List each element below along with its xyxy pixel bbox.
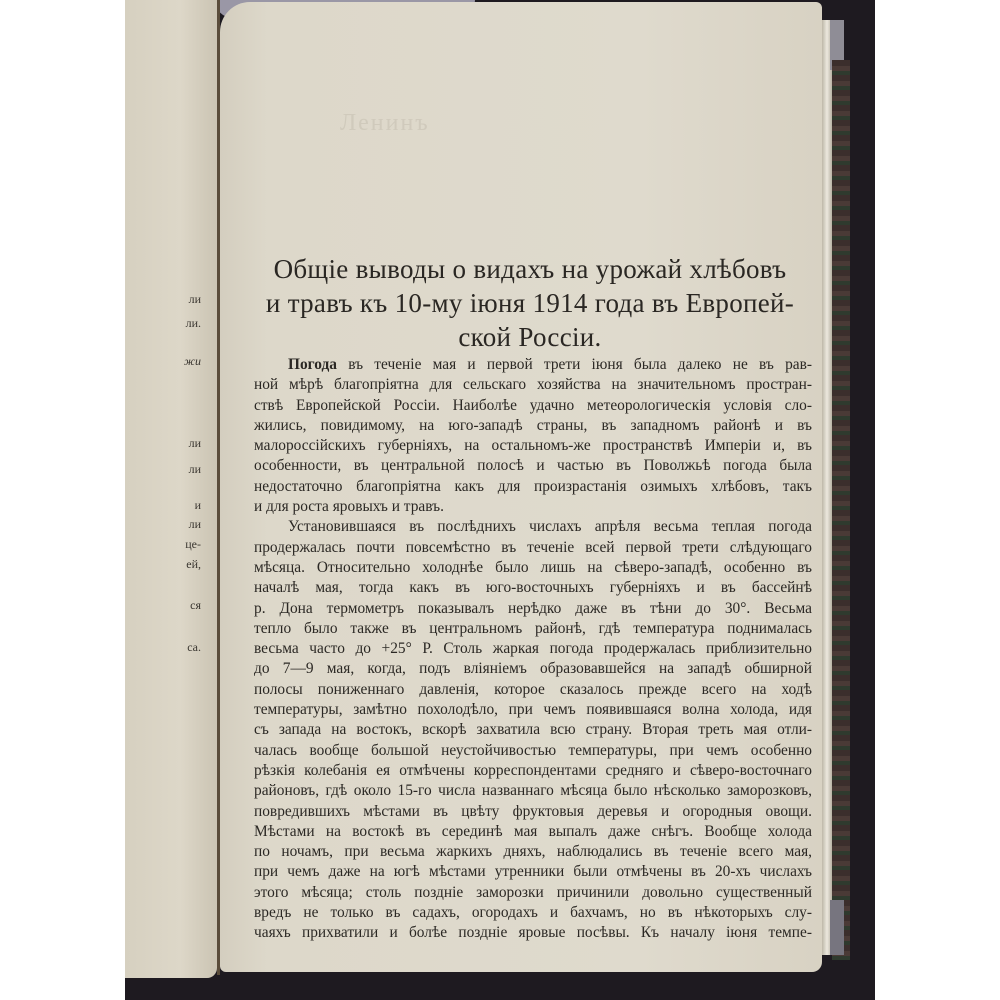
left-page-fragment: ли.	[186, 316, 201, 331]
lead-word: Погода	[288, 356, 337, 373]
left-page-fragment: ли	[189, 292, 201, 307]
title-line: ской Россіи.	[245, 320, 815, 354]
left-page: ли ли. жи ли ли и ли це- ей, ся са.	[125, 0, 217, 978]
text-line: чаяхъ прихватили и болѣе поздніе яровые …	[254, 923, 812, 943]
text-line: тепло было также въ центральномъ районѣ,…	[254, 619, 812, 639]
text-line: Погода въ теченіе мая и первой трети іюн…	[254, 355, 812, 375]
left-page-fragment: це-	[185, 537, 201, 552]
text-line: этого мѣсяца; столь поздніе заморозки пр…	[254, 883, 812, 903]
left-page-fragment: ли	[189, 462, 201, 477]
left-page-fragment: и	[195, 498, 201, 513]
book-spine	[832, 60, 850, 960]
text-line: Мѣстами на востокѣ въ серединѣ мая выпал…	[254, 822, 812, 842]
page-edges	[822, 20, 832, 955]
text-line: началѣ мая, тогда какъ въ юго-восточныхъ…	[254, 578, 812, 598]
left-page-fragment: жи	[184, 354, 201, 369]
paragraph-weather: Погода въ теченіе мая и первой трети іюн…	[254, 355, 812, 517]
faint-library-stamp: Ленинъ	[340, 110, 430, 137]
title-line: Общіе выводы о видахъ на урожай хлѣбовъ	[245, 252, 815, 286]
text-line: жились, повидимому, на юго-западѣ страны…	[254, 416, 812, 436]
paragraph-temperature: Установившаяся въ послѣднихъ числахъ апр…	[254, 517, 812, 943]
text-line: рѣзкія колебанія ея отмѣчены корреспонде…	[254, 761, 812, 781]
text-line: малороссійскихъ губерніяхъ, на остальном…	[254, 436, 812, 456]
body-text: Погода въ теченіе мая и первой трети іюн…	[254, 355, 812, 944]
spine-cap-bottom	[830, 900, 844, 955]
text-line: и для роста яровыхъ и травъ.	[254, 497, 812, 517]
title-line: и травъ къ 10-му іюня 1914 года въ Европ…	[245, 286, 815, 320]
text-line: при чемъ даже на югѣ мѣстами утренники б…	[254, 862, 812, 882]
text-line: температуры, замѣтно похолодѣло, при чем…	[254, 700, 812, 720]
text-line: районовъ, гдѣ около 15-го числа названна…	[254, 781, 812, 801]
left-page-fragment: ей,	[186, 557, 201, 572]
text-line: мѣсяца. Относительно холоднѣе было лишь …	[254, 558, 812, 578]
left-page-fragment: ли	[189, 517, 201, 532]
text-line: Установившаяся въ послѣднихъ числахъ апр…	[254, 517, 812, 537]
text-line: особенности, въ центральной полосѣ и час…	[254, 456, 812, 476]
text-line: ной мѣрѣ благопріятна для сельскаго хозя…	[254, 375, 812, 395]
text-line: р. Дона термометръ показывалъ нерѣдко да…	[254, 599, 812, 619]
text-line: чалась вообще большой неустойчивостью те…	[254, 741, 812, 761]
text-line: съ запада на востокъ, вскорѣ захватила в…	[254, 720, 812, 740]
text-line: полосы пониженнаго давленія, которое ска…	[254, 680, 812, 700]
text-line: по ночамъ, при весьма жаркихъ дняхъ, наб…	[254, 842, 812, 862]
text-line: весьма часто до +25° Р. Столь жаркая пог…	[254, 639, 812, 659]
text-line: продержалась почти повсемѣстно въ течені…	[254, 538, 812, 558]
left-page-fragment: са.	[187, 640, 201, 655]
left-page-fragment: ся	[190, 598, 201, 613]
text-line: вредъ не только въ садахъ, огородахъ и б…	[254, 903, 812, 923]
left-page-fragment: ли	[189, 436, 201, 451]
text-line: повредившихъ мѣстами въ цвѣту фруктовыя …	[254, 802, 812, 822]
text-line: недостаточно благопріятна какъ для произ…	[254, 477, 812, 497]
chapter-title: Общіе выводы о видахъ на урожай хлѣбовъ …	[245, 252, 815, 354]
text-line: ствѣ Европейской Россіи. Наиболѣе удачно…	[254, 396, 812, 416]
text-line: до 7—9 мая, когда, подъ вліяніемъ образо…	[254, 659, 812, 679]
text-line-rest: въ теченіе мая и первой трети іюня была …	[337, 356, 812, 373]
